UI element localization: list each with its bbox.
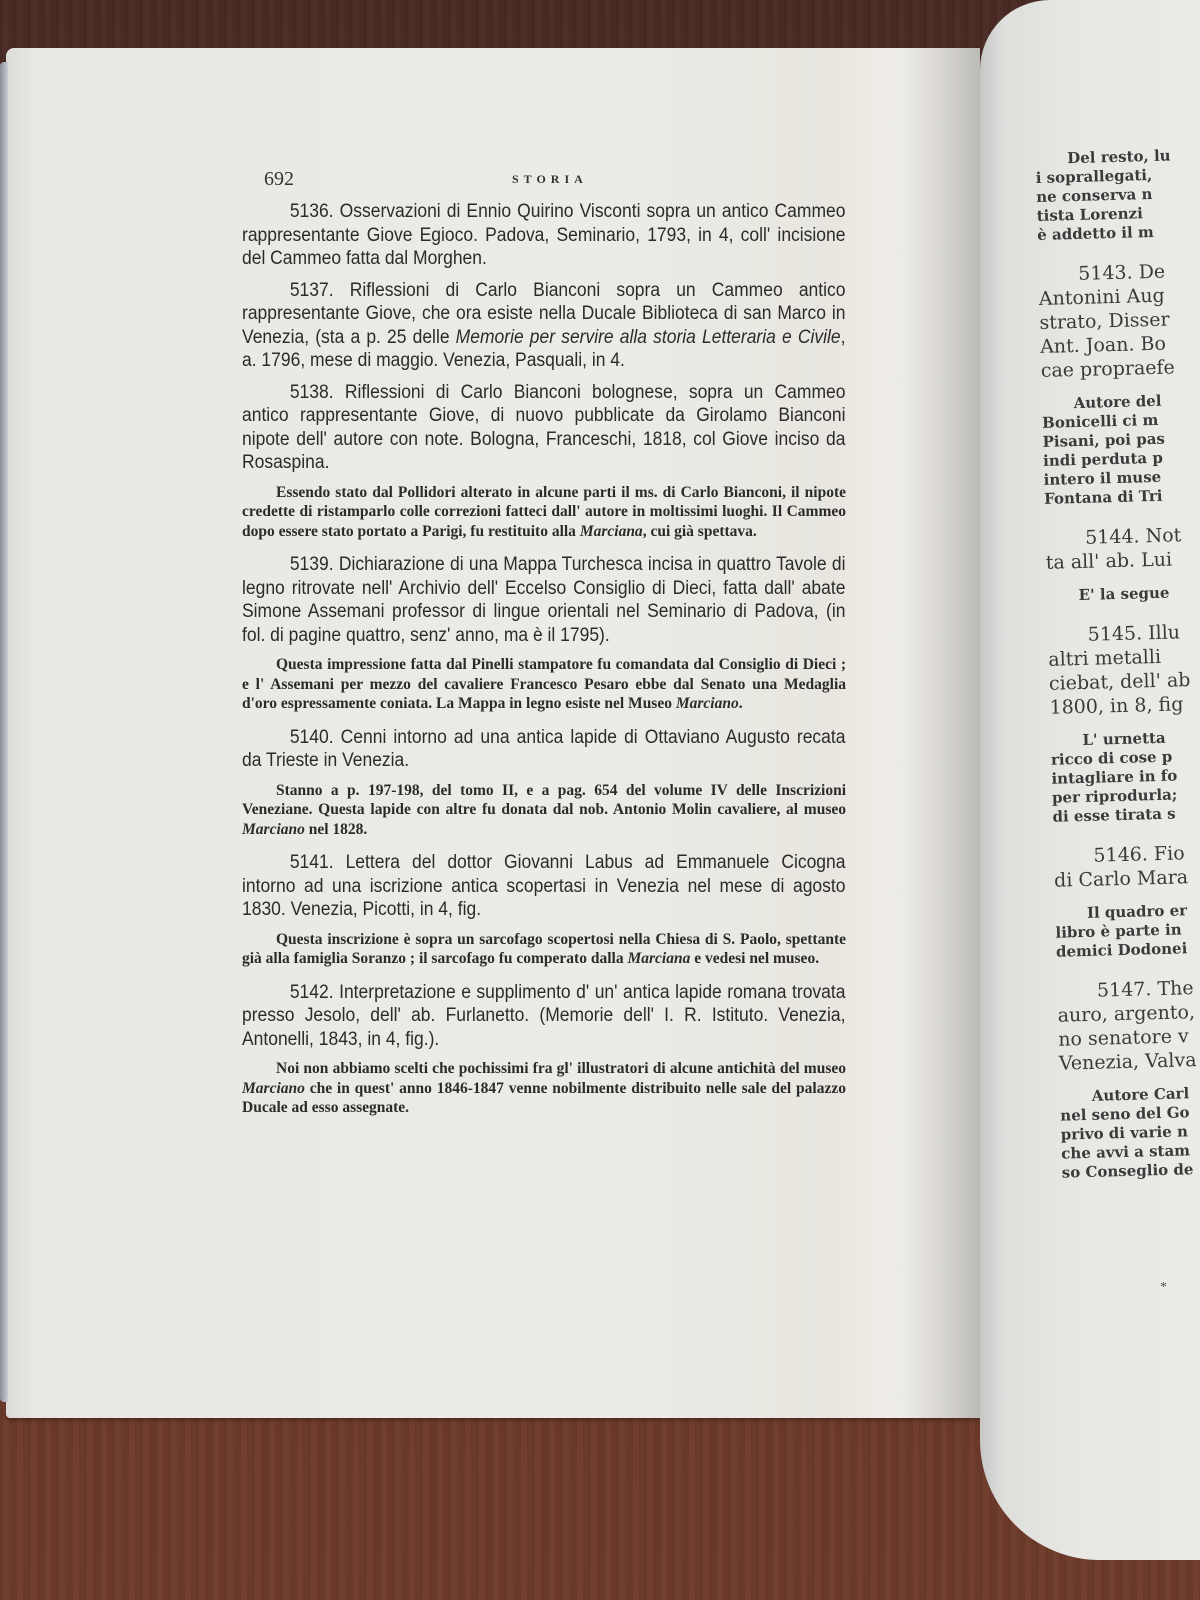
rp-note-5143: Autore del Bonicelli ci m Pisani, poi pa… — [1041, 389, 1200, 509]
entry-5139: 5139. Dichiarazione di una Mappa Turches… — [242, 553, 845, 647]
rp-entry-5147: 5147. The auro, argento, no senatore v V… — [1057, 973, 1200, 1075]
rp-note-5147: Autore Carl nel seno del Go privo di var… — [1060, 1081, 1200, 1182]
asterisk-ornament: * — [1160, 1280, 1167, 1296]
running-head: 692 STORIA — [242, 168, 846, 198]
note-5142: Noi non abbiamo scelti che pochissimi fr… — [242, 1059, 846, 1118]
entry-5141: 5141. Lettera del dottor Giovanni Labus … — [242, 851, 845, 922]
rp-note-5144: E' la segue — [1046, 581, 1200, 606]
right-page-text: Del resto, lu i sopralleg­ati, ne conser… — [1035, 144, 1200, 1201]
rp-note-5146: Il quadro er libro è parte in demici Dod… — [1055, 898, 1200, 961]
page-number: 692 — [264, 168, 294, 191]
rp-entry-5146: 5146. Fio di Carlo Mara — [1053, 838, 1200, 892]
rp-entry-5144: 5144. Not ta all' ab. Lui — [1045, 521, 1200, 575]
entry-5138: 5138. Riflessioni di Carlo Bianconi bolo… — [242, 381, 845, 475]
note-5140: Stanno a p. 197-198, del tomo II, e a pa… — [242, 781, 846, 840]
rp-fragment-0: Del resto, lu i sopralleg­ati, ne conser… — [1035, 144, 1200, 245]
note-5138: Essendo stato dal Pollidori alterato in … — [242, 483, 846, 542]
entry-5140: 5140. Cenni intorno ad una antica lapide… — [242, 726, 845, 773]
entry-5136: 5136. Osservazioni di Ennio Quirino Visc… — [242, 200, 845, 271]
rp-entry-5143: 5143. De Antonini Aug strato, Disser Ant… — [1038, 257, 1200, 383]
left-page-text: 692 STORIA 5136. Osservazioni di Ennio Q… — [242, 168, 846, 1130]
rp-note-5145: L' urnetta ricco di cose p intagliare in… — [1050, 726, 1200, 827]
entry-5137: 5137. Riflessioni di Carlo Bianconi sopr… — [242, 279, 845, 373]
gutter-shadow — [886, 48, 980, 1418]
rp-entry-5145: 5145. Illu altri metalli ciebat, dell' a… — [1047, 618, 1200, 720]
note-5139: Questa impressione fatta dal Pinelli sta… — [242, 655, 846, 714]
section-title: STORIA — [512, 172, 588, 187]
right-page: Del resto, lu i sopralleg­ati, ne conser… — [980, 0, 1200, 1560]
entry-5142: 5142. Interpretazione e supplimento d' u… — [242, 981, 845, 1052]
note-5141: Questa inscrizione è sopra un sarcofago … — [242, 930, 846, 969]
